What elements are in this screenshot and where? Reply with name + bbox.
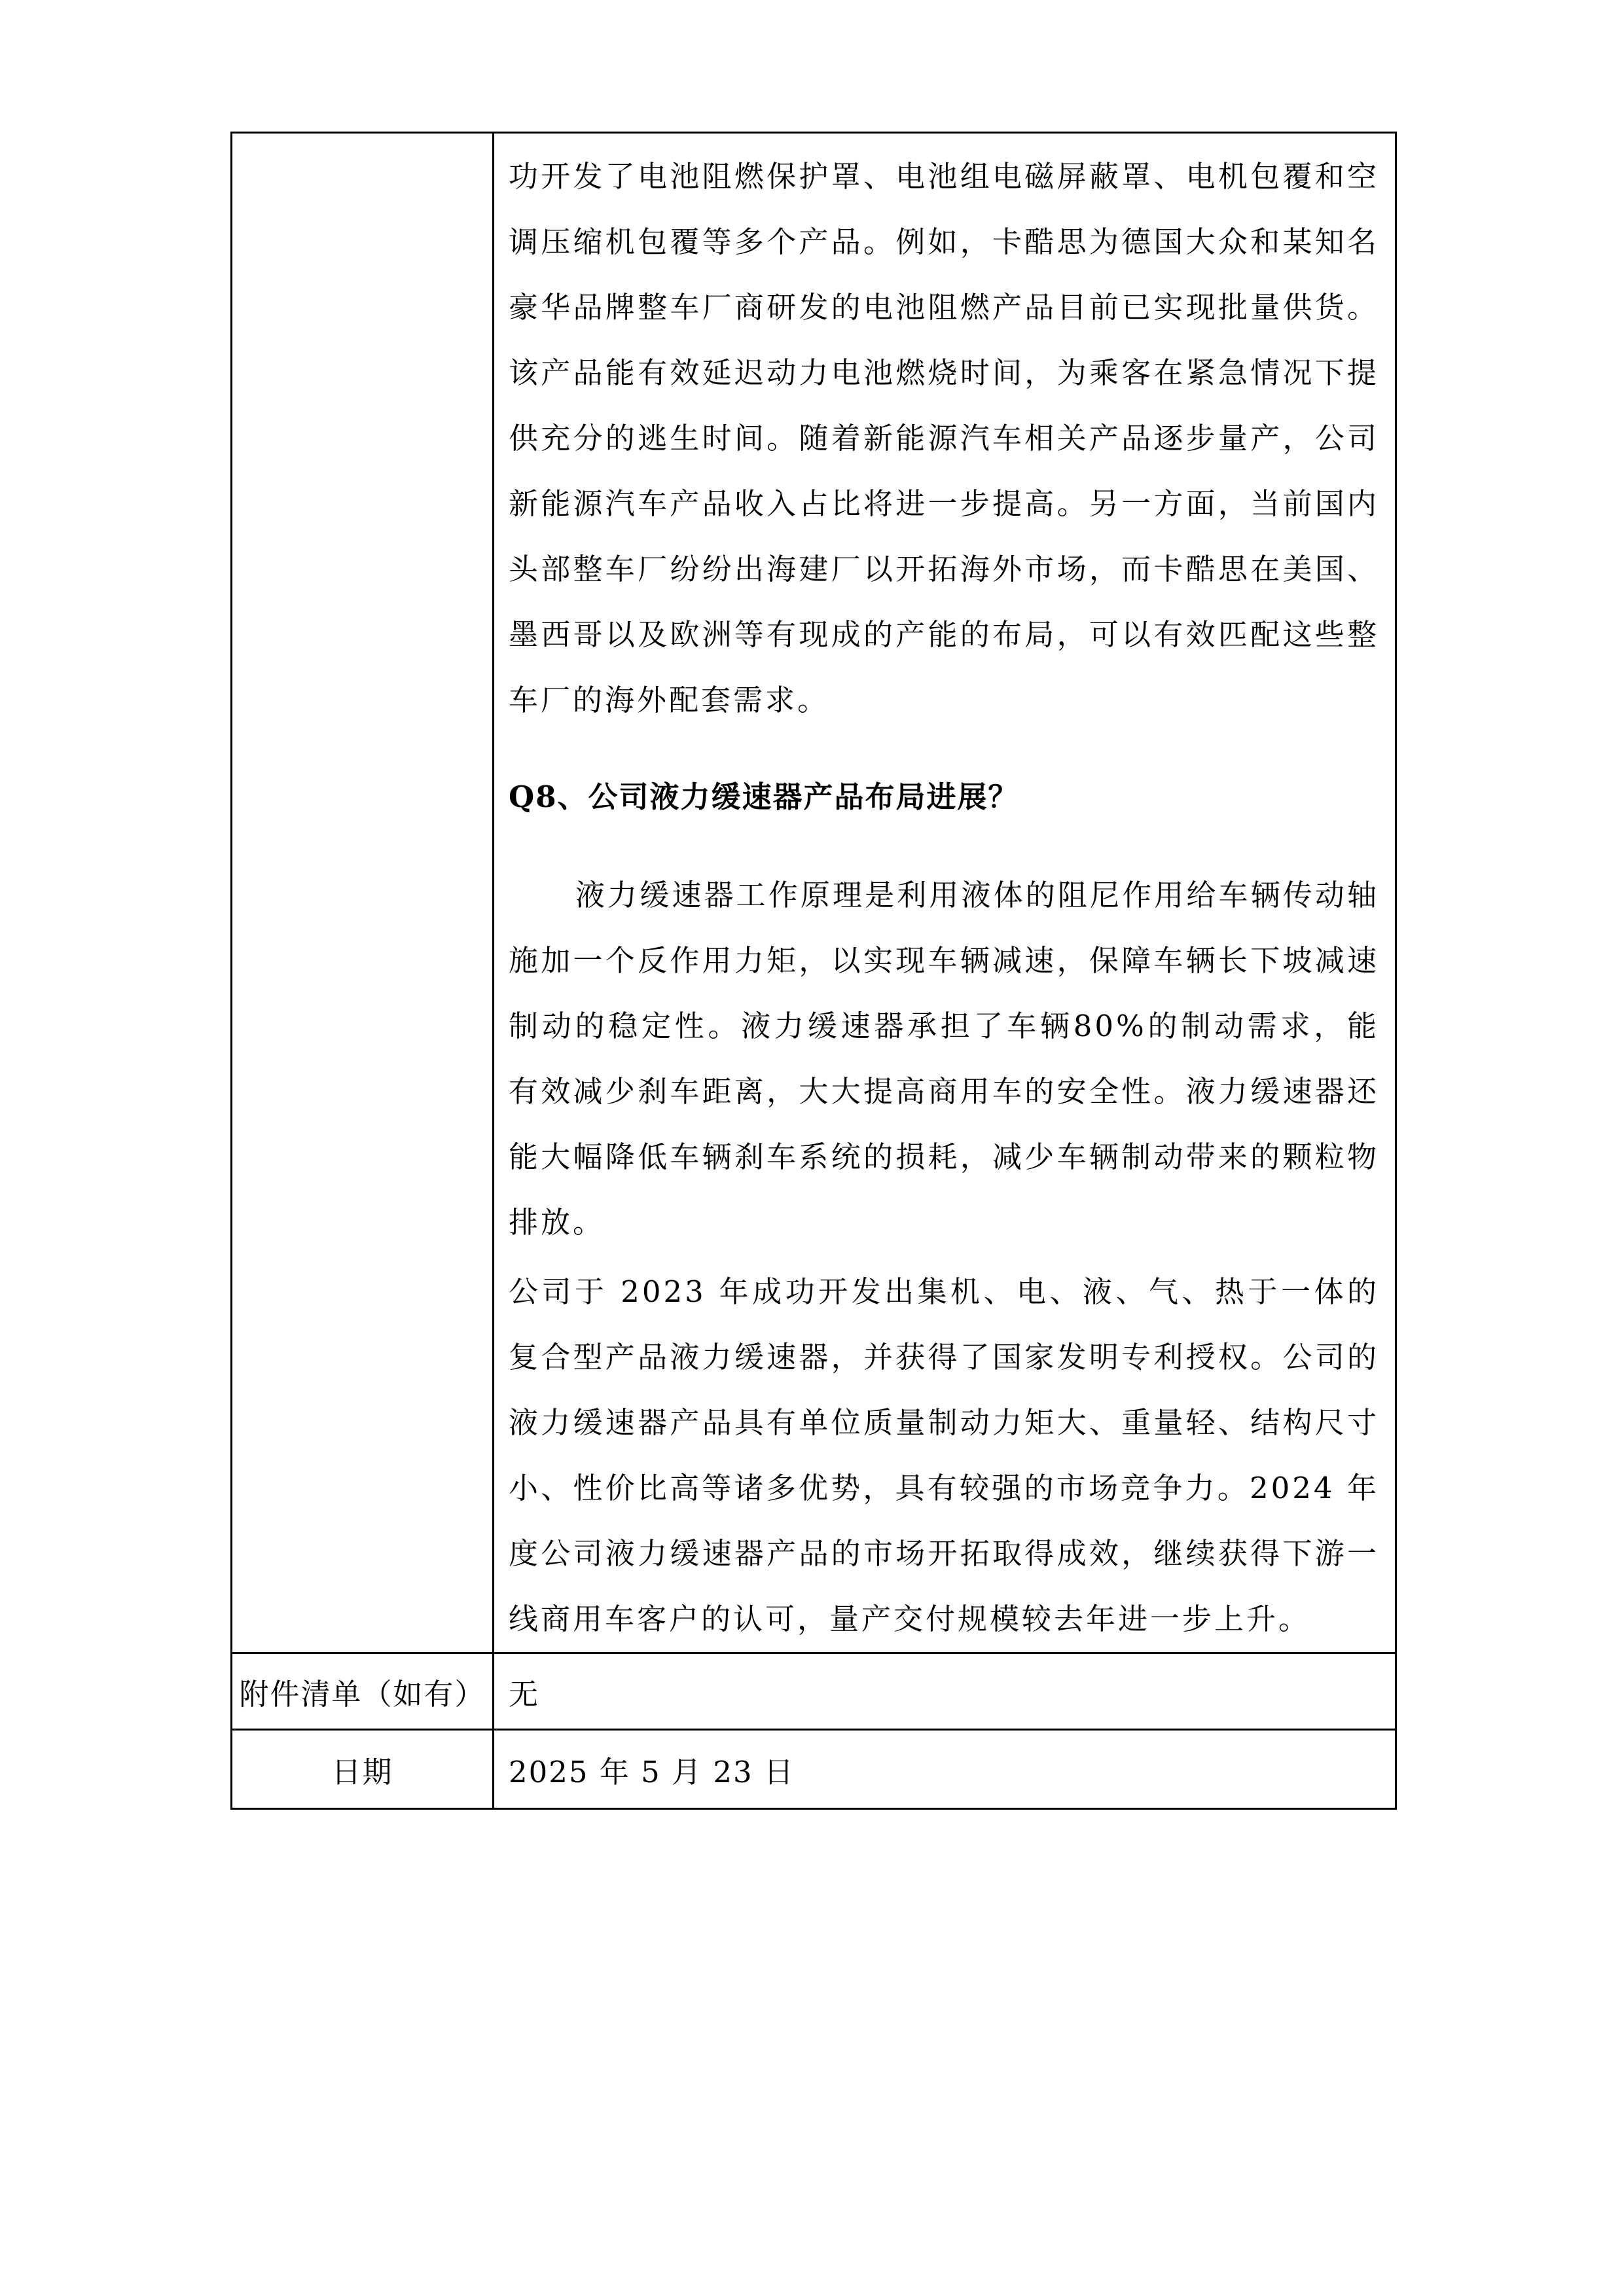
attachments-value-cell: 无	[494, 1653, 1396, 1730]
investor-relations-record-table: 功开发了电池阻燃保护罩、电池组电磁屏蔽罩、电机包覆和空调压缩机包覆等多个产品。例…	[230, 132, 1397, 1810]
date-value: 2025 年 5 月 23 日	[494, 1748, 1395, 1791]
content-cell: 功开发了电池阻燃保护罩、电池组电磁屏蔽罩、电机包覆和空调压缩机包覆等多个产品。例…	[494, 133, 1396, 1653]
attachments-value: 无	[494, 1670, 1395, 1713]
attachments-label-cell: 附件清单（如有）	[232, 1653, 494, 1730]
content-row: 功开发了电池阻燃保护罩、电池组电磁屏蔽罩、电机包覆和空调压缩机包覆等多个产品。例…	[232, 133, 1396, 1653]
continuation-paragraph: 功开发了电池阻燃保护罩、电池组电磁屏蔽罩、电机包覆和空调压缩机包覆等多个产品。例…	[509, 144, 1379, 733]
answer-paragraph-1: 液力缓速器工作原理是利用液体的阻尼作用给车辆传动轴施加一个反作用力矩，以实现车辆…	[509, 863, 1379, 1255]
date-value-cell: 2025 年 5 月 23 日	[494, 1730, 1396, 1809]
attachments-row: 附件清单（如有） 无	[232, 1653, 1396, 1730]
date-label: 日期	[232, 1748, 492, 1791]
answer-paragraph-2: 公司于 2023 年成功开发出集机、电、液、气、热于一体的复合型产品液力缓速器，…	[509, 1259, 1379, 1652]
date-row: 日期 2025 年 5 月 23 日	[232, 1730, 1396, 1809]
content-label-cell-empty	[232, 133, 494, 1653]
attachments-label: 附件清单（如有）	[232, 1670, 492, 1713]
question-heading: Q8、公司液力缓速器产品布局进展？	[509, 764, 1379, 830]
date-label-cell: 日期	[232, 1730, 494, 1809]
